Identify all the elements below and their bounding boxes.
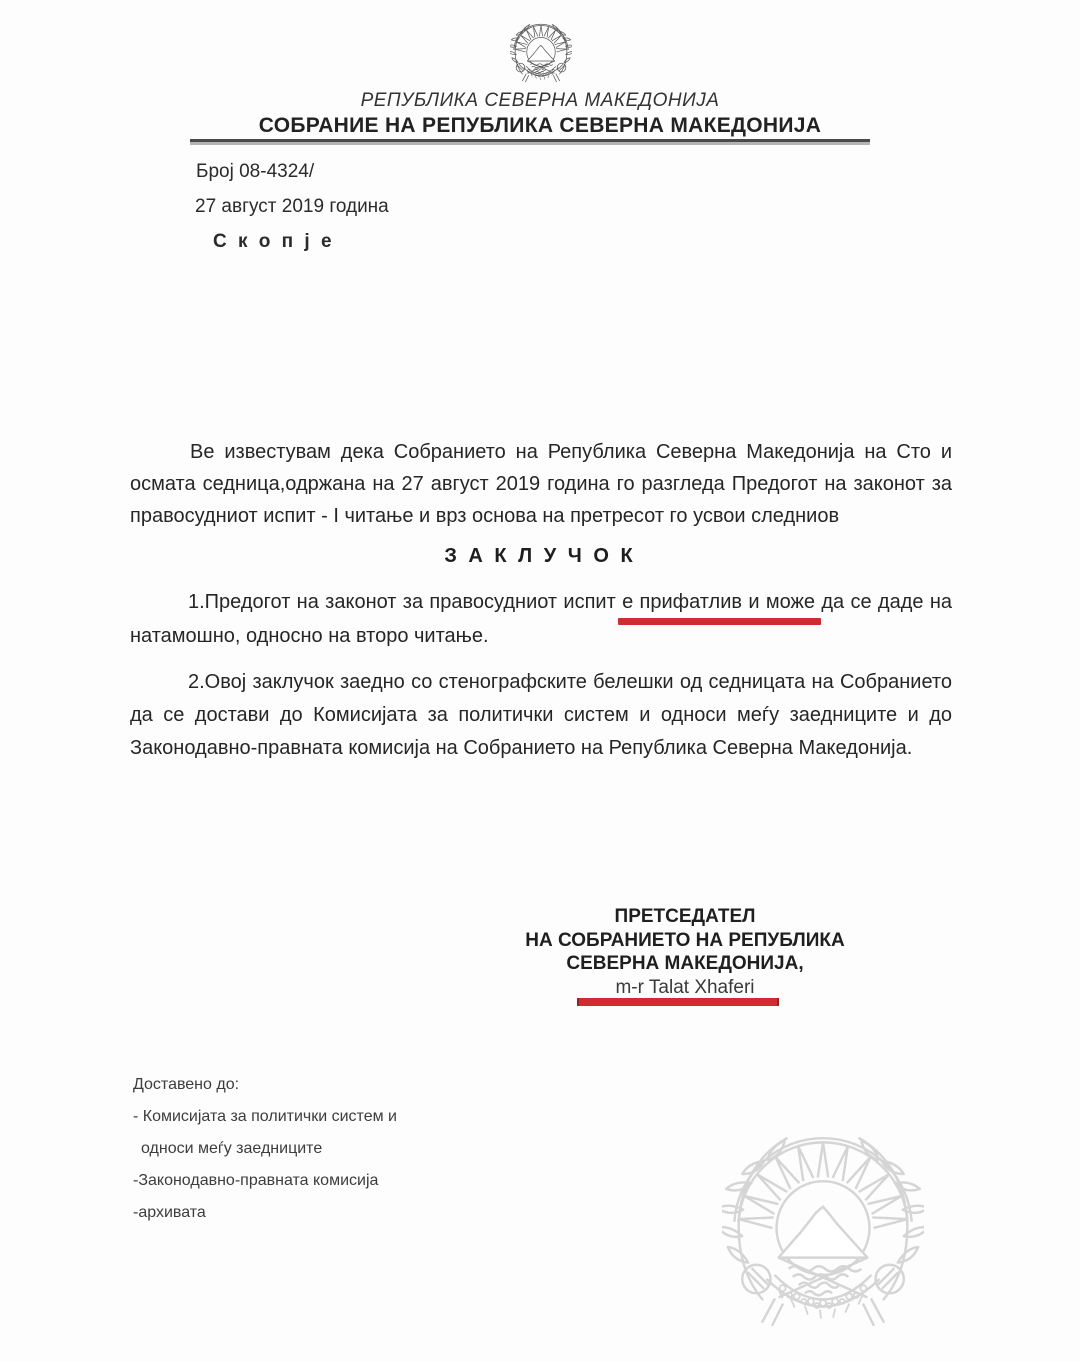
header-rule — [190, 139, 870, 142]
assembly-title: СОБРАНИЕ НА РЕПУБЛИКА СЕВЕРНА МАКЕДОНИЈА — [0, 114, 1080, 138]
distribution-item: - Комисијата за политички систем и — [133, 1108, 397, 1125]
coat-of-arms-watermark-svg — [722, 1118, 924, 1332]
document-number: Број 08-4324/ — [196, 161, 314, 183]
point1-red-underlined-phrase: е прифатлив и може — [622, 591, 815, 613]
distribution-item: -Законодавно-правната комисија — [133, 1172, 397, 1189]
conclusion-heading: З А К Л У Ч О К — [0, 543, 1080, 569]
coat-of-arms-icon — [510, 18, 572, 84]
signature-title-line1: ПРЕТСЕДАТЕЛ — [495, 905, 875, 929]
point1-text-pre: 1.Предогот на законот за правосудниот ис… — [188, 591, 622, 613]
distribution-item: -архивата — [133, 1204, 397, 1221]
signature-name: m-r Talat Xhaferi — [495, 976, 875, 1000]
document-page: РЕПУБЛИКА СЕВЕРНА МАКЕДОНИЈА СОБРАНИЕ НА… — [0, 0, 1080, 1361]
coat-of-arms-watermark-icon — [722, 1118, 924, 1332]
signature-title-line2: НА СОБРАНИЕТО НА РЕПУБЛИКА — [495, 929, 875, 953]
republic-title: РЕПУБЛИКА СЕВЕРНА МАКЕДОНИЈА — [0, 90, 1080, 112]
conclusion-point-1: 1.Предогот на законот за правосудниот ис… — [130, 585, 952, 653]
signature-block: ПРЕТСЕДАТЕЛ НА СОБРАНИЕТО НА РЕПУБЛИКА С… — [495, 905, 875, 999]
document-date: 27 август 2019 година — [195, 196, 389, 218]
conclusion-point-2: 2.Овој заклучок заедно со стенографските… — [130, 666, 952, 765]
coat-of-arms-top-svg — [510, 18, 572, 84]
signature-red-underline-mark — [577, 998, 779, 1006]
intro-paragraph: Ве известувам дека Собранието на Републи… — [130, 436, 952, 532]
document-city: С к о п ј е — [213, 231, 335, 253]
distribution-heading: Доставено до: — [133, 1076, 397, 1093]
distribution-list: Доставено до: - Комисијата за политички … — [133, 1076, 397, 1236]
signature-title-line3: СЕВЕРНА МАКЕДОНИЈА, — [495, 952, 875, 976]
distribution-item: односи меѓу заедниците — [133, 1140, 397, 1157]
